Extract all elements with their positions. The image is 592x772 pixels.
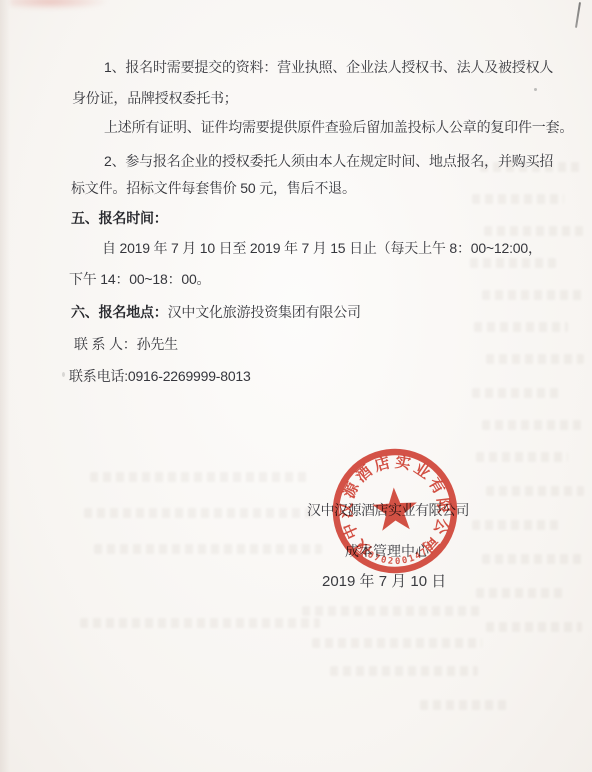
paragraph-agent-line1: 2、参与报名企业的授权委托人须由本人在规定时间、地点报名，并购买招 (104, 151, 553, 171)
scan-speck (534, 88, 537, 91)
bleed-through-artifact (90, 472, 310, 482)
bleed-through-artifact (476, 588, 566, 598)
scan-scratch-artifact (575, 2, 581, 28)
bleed-through-artifact (474, 322, 568, 332)
section6-label: 六、报名地点： (71, 304, 168, 320)
paragraph-originals-note: 上述所有证明、证件均需要提供原件查验后留加盖投标人公章的复印件一套。 (104, 117, 573, 137)
section5-heading-registration-time: 五、报名时间： (71, 208, 168, 228)
contact-person-line: 联 系 人：孙先生 (74, 334, 178, 354)
seal-serial-digit: 0 (395, 557, 401, 567)
bleed-through-artifact (482, 420, 584, 430)
bleed-through-artifact (486, 622, 582, 632)
scan-edge-shading (0, 0, 10, 772)
bleed-through-artifact (84, 508, 316, 518)
scanned-document-page: 1、报名时需要提交的资料：营业执照、企业法人授权书、法人及被授权人 身份证，品牌… (0, 0, 592, 772)
seal-star-icon (372, 486, 419, 531)
bleed-through-artifact (312, 638, 482, 648)
contact-phone-line: 联系电话:0916-2269999-8013 (69, 366, 251, 386)
seal-ring-character: 汉 (337, 502, 355, 518)
bleed-through-artifact (472, 388, 560, 398)
registration-time-line1: 自 2019 年 7 月 10 日至 2019 年 7 月 15 日止（每天上午… (102, 238, 542, 258)
bleed-through-artifact (482, 554, 582, 564)
bleed-through-artifact (472, 194, 564, 204)
registration-time-line2: 下午 14：00~18：00。 (69, 269, 210, 289)
seal-ring-character: 限 (433, 497, 454, 515)
seal-ring-character: 实 (394, 452, 413, 473)
company-seal-svg: 汉中汉源酒店实业有限公司6107020014739 (305, 421, 486, 602)
bleed-through-artifact (482, 290, 582, 300)
bleed-through-artifact (486, 354, 584, 364)
bleed-through-artifact (94, 544, 322, 554)
paragraph-materials-line1: 1、报名时需要提交的资料：营业执照、企业法人授权书、法人及被授权人 (104, 57, 553, 77)
seal-serial-digit: 2 (387, 557, 393, 567)
bleed-through-artifact (420, 700, 510, 710)
paragraph-agent-line2: 标文件。招标文件每套售价 50 元，售后不退。 (71, 178, 356, 198)
section6-value: 汉中文化旅游投资集团有限公司 (168, 304, 361, 320)
bleed-through-artifact (484, 226, 588, 236)
bleed-through-artifact (80, 618, 320, 628)
bleed-through-artifact (470, 258, 556, 268)
bleed-through-artifact (476, 452, 568, 462)
bleed-through-artifact (302, 606, 484, 616)
seal-serial-digit: 0 (380, 555, 388, 566)
paragraph-materials-line2: 身份证，品牌授权委托书； (72, 88, 238, 108)
bleed-through-artifact (330, 666, 478, 676)
bleed-through-artifact (486, 486, 584, 496)
scan-speck (62, 372, 65, 377)
section6-registration-place: 六、报名地点：汉中文化旅游投资集团有限公司 (71, 302, 361, 322)
bleed-through-artifact (472, 520, 562, 530)
scan-ink-smudge (10, 0, 110, 10)
